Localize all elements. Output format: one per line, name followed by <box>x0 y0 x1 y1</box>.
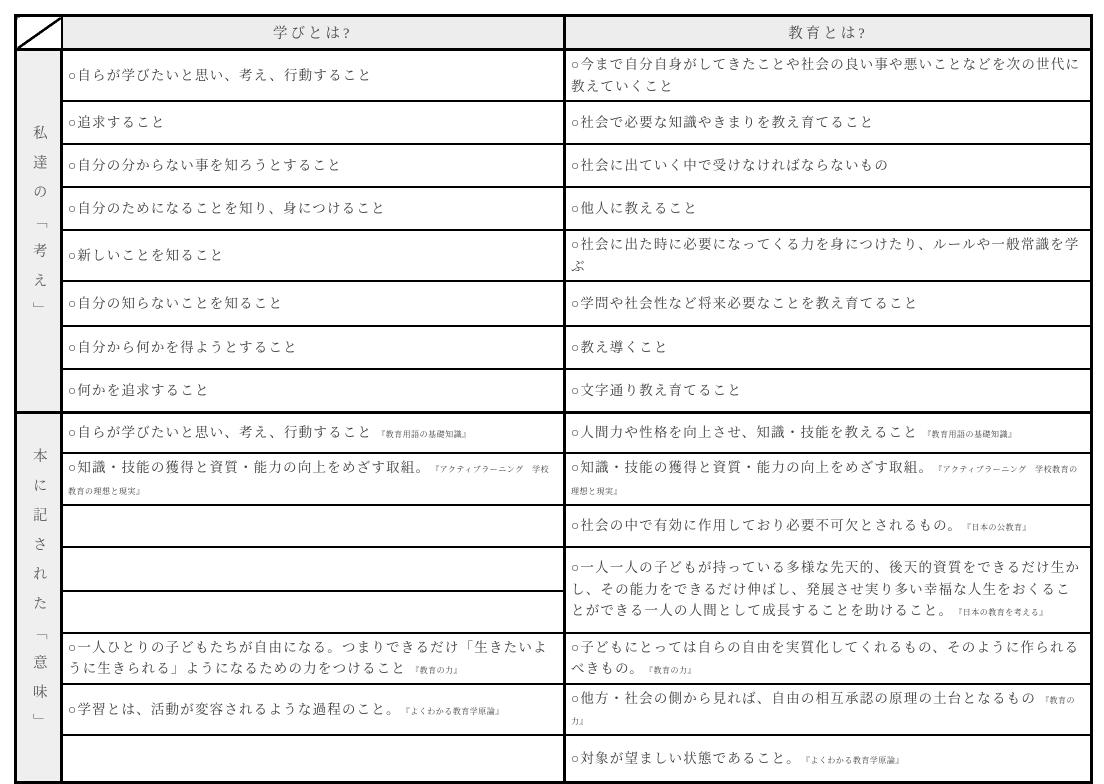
cell-think-learn-2: ○追求すること <box>62 101 565 144</box>
cell-text: ○子どもにとっては自らの自由を実質化してくれるもの、そのように作られるべきもの。 <box>571 640 1079 677</box>
corner-diagonal-cell <box>16 16 62 50</box>
comparison-table: 学びとは? 教育とは? 私達の「考え」 ○自らが学びたいと思い、考え、行動するこ… <box>14 14 1093 784</box>
cell-text: ○学習とは、活動が変容されるような過程のこと。 <box>68 702 401 717</box>
cell-text: ○自分の知らないことを知ること <box>68 296 283 311</box>
row-group-label-book-meanings: 本に記された「意味」 <box>16 412 62 783</box>
citation: 『日本の公教育』 <box>967 523 1031 532</box>
cell-meaning-edu-5: ○子どもにとっては自らの自由を実質化してくれるもの、そのように作られるべきもの。… <box>565 633 1092 684</box>
cell-text: ○自分から何かを得ようとすること <box>68 340 298 355</box>
cell-meaning-edu-7: ○対象が望ましい状態であること。『よくわかる教育学原論』 <box>565 735 1092 783</box>
row-group-label-our-thoughts: 私達の「考え」 <box>16 50 62 413</box>
cell-meaning-edu-3: ○社会の中で有効に作用しており必要不可欠とされるもの。『日本の公教育』 <box>565 505 1092 547</box>
cell-text: ○社会に出た時に必要になってくる力を身につけたり、ルールや一般常識を学ぶ <box>571 237 1080 274</box>
cell-think-learn-5: ○新しいことを知ること <box>62 230 565 281</box>
cell-text: ○自らが学びたいと思い、考え、行動すること <box>68 425 372 440</box>
cell-meaning-learn-3-empty <box>62 505 565 547</box>
cell-think-edu-2: ○社会で必要な知識やきまりを教え育てること <box>565 101 1092 144</box>
cell-text: ○学問や社会性など将来必要なことを教え育てること <box>571 296 918 311</box>
cell-think-learn-7: ○自分から何かを得ようとすること <box>62 326 565 369</box>
cell-think-edu-7: ○教え導くこと <box>565 326 1092 369</box>
citation: 『よくわかる教育学原論』 <box>806 756 904 765</box>
cell-think-learn-4: ○自分のためになることを知り、身につけること <box>62 187 565 230</box>
cell-text: ○追求すること <box>68 115 166 130</box>
row-group-label-text: 私達の「考え」 <box>31 125 46 332</box>
cell-text: ○文字通り教え育てること <box>571 383 742 398</box>
cell-text: ○人間力や性格を向上させ、知識・技能を教えること <box>571 425 918 440</box>
cell-text: ○今まで自分自身がしてきたことや社会の良い事や悪いことなどを次の世代に教えていく… <box>571 57 1080 94</box>
row-group-label-text: 本に記された「意味」 <box>31 448 46 743</box>
cell-think-learn-6: ○自分の知らないことを知ること <box>62 281 565 326</box>
cell-text: ○何かを追求すること <box>68 383 210 398</box>
cell-text: ○自分の分からない事を知ろうとすること <box>68 158 342 173</box>
citation: 『教育用語の基礎知識』 <box>377 430 471 439</box>
cell-think-learn-8: ○何かを追求すること <box>62 369 565 412</box>
cell-think-edu-8: ○文字通り教え育てること <box>565 369 1092 412</box>
citation: 『教育の力』 <box>649 666 696 675</box>
cell-meaning-learn-4a-empty <box>62 547 565 591</box>
cell-think-learn-1: ○自らが学びたいと思い、考え、行動すること <box>62 50 565 102</box>
cell-think-edu-1: ○今まで自分自身がしてきたことや社会の良い事や悪いことなどを次の世代に教えていく… <box>565 50 1092 102</box>
cell-text: ○知識・技能の獲得と資質・能力の向上をめざす取組。 <box>68 460 430 475</box>
citation: 『教育の力』 <box>411 666 462 675</box>
cell-think-edu-3: ○社会に出ていく中で受けなければならないもの <box>565 144 1092 187</box>
cell-meaning-edu-6: ○他方・社会の側から見れば、自由の相互承認の原理の土台となるもの『教育の力』 <box>565 684 1092 735</box>
cell-think-edu-4: ○他人に教えること <box>565 187 1092 230</box>
cell-meaning-learn-2: ○知識・技能の獲得と資質・能力の向上をめざす取組。『アクティブラーニング 学校教… <box>62 453 565 504</box>
cell-meaning-edu-4: ○一人一人の子どもが持っている多様な先天的、後天的資質をできるだけ生かし、その能… <box>565 547 1092 633</box>
cell-text: ○教え導くこと <box>571 340 669 355</box>
citation: 『教育用語の基礎知識』 <box>923 430 1017 439</box>
citation: 『日本の教育を考える』 <box>958 608 1048 617</box>
cell-text: ○新しいことを知ること <box>68 248 224 263</box>
cell-meaning-learn-4b-empty <box>62 591 565 633</box>
citation: 『よくわかる教育学原論』 <box>406 707 504 716</box>
cell-meaning-learn-5: ○一人ひとりの子どもたちが自由になる。つまりできるだけ「生きたいように生きられる… <box>62 633 565 684</box>
cell-think-edu-6: ○学問や社会性など将来必要なことを教え育てること <box>565 281 1092 326</box>
cell-think-edu-5: ○社会に出た時に必要になってくる力を身につけたり、ルールや一般常識を学ぶ <box>565 230 1092 281</box>
cell-text: ○知識・技能の獲得と資質・能力の向上をめざす取組。 <box>571 460 933 475</box>
cell-text: ○社会の中で有効に作用しており必要不可欠とされるもの。 <box>571 518 962 533</box>
cell-meaning-learn-7-empty <box>62 735 565 783</box>
header-education: 教育とは? <box>565 16 1092 50</box>
document-page: 学びとは? 教育とは? 私達の「考え」 ○自らが学びたいと思い、考え、行動するこ… <box>0 0 1104 763</box>
cell-text: ○他人に教えること <box>571 201 698 216</box>
cell-meaning-edu-2: ○知識・技能の獲得と資質・能力の向上をめざす取組。『アクティブラーニング 学校教… <box>565 453 1092 504</box>
cell-text: ○他方・社会の側から見れば、自由の相互承認の原理の土台となるもの <box>571 691 1036 706</box>
cell-text: ○自分のためになることを知り、身につけること <box>68 201 386 216</box>
cell-meaning-edu-1: ○人間力や性格を向上させ、知識・技能を教えること『教育用語の基礎知識』 <box>565 412 1092 453</box>
cell-text: ○社会に出ていく中で受けなければならないもの <box>571 158 889 173</box>
cell-text: ○一人ひとりの子どもたちが自由になる。つまりできるだけ「生きたいように生きられる… <box>68 640 548 677</box>
cell-text: ○対象が望ましい状態であること。 <box>571 751 801 766</box>
cell-meaning-learn-6: ○学習とは、活動が変容されるような過程のこと。『よくわかる教育学原論』 <box>62 684 565 735</box>
cell-think-learn-3: ○自分の分からない事を知ろうとすること <box>62 144 565 187</box>
cell-meaning-learn-1: ○自らが学びたいと思い、考え、行動すること『教育用語の基礎知識』 <box>62 412 565 453</box>
header-learning: 学びとは? <box>62 16 565 50</box>
cell-text: ○社会で必要な知識やきまりを教え育てること <box>571 115 874 130</box>
cell-text: ○自らが学びたいと思い、考え、行動すること <box>68 68 372 83</box>
